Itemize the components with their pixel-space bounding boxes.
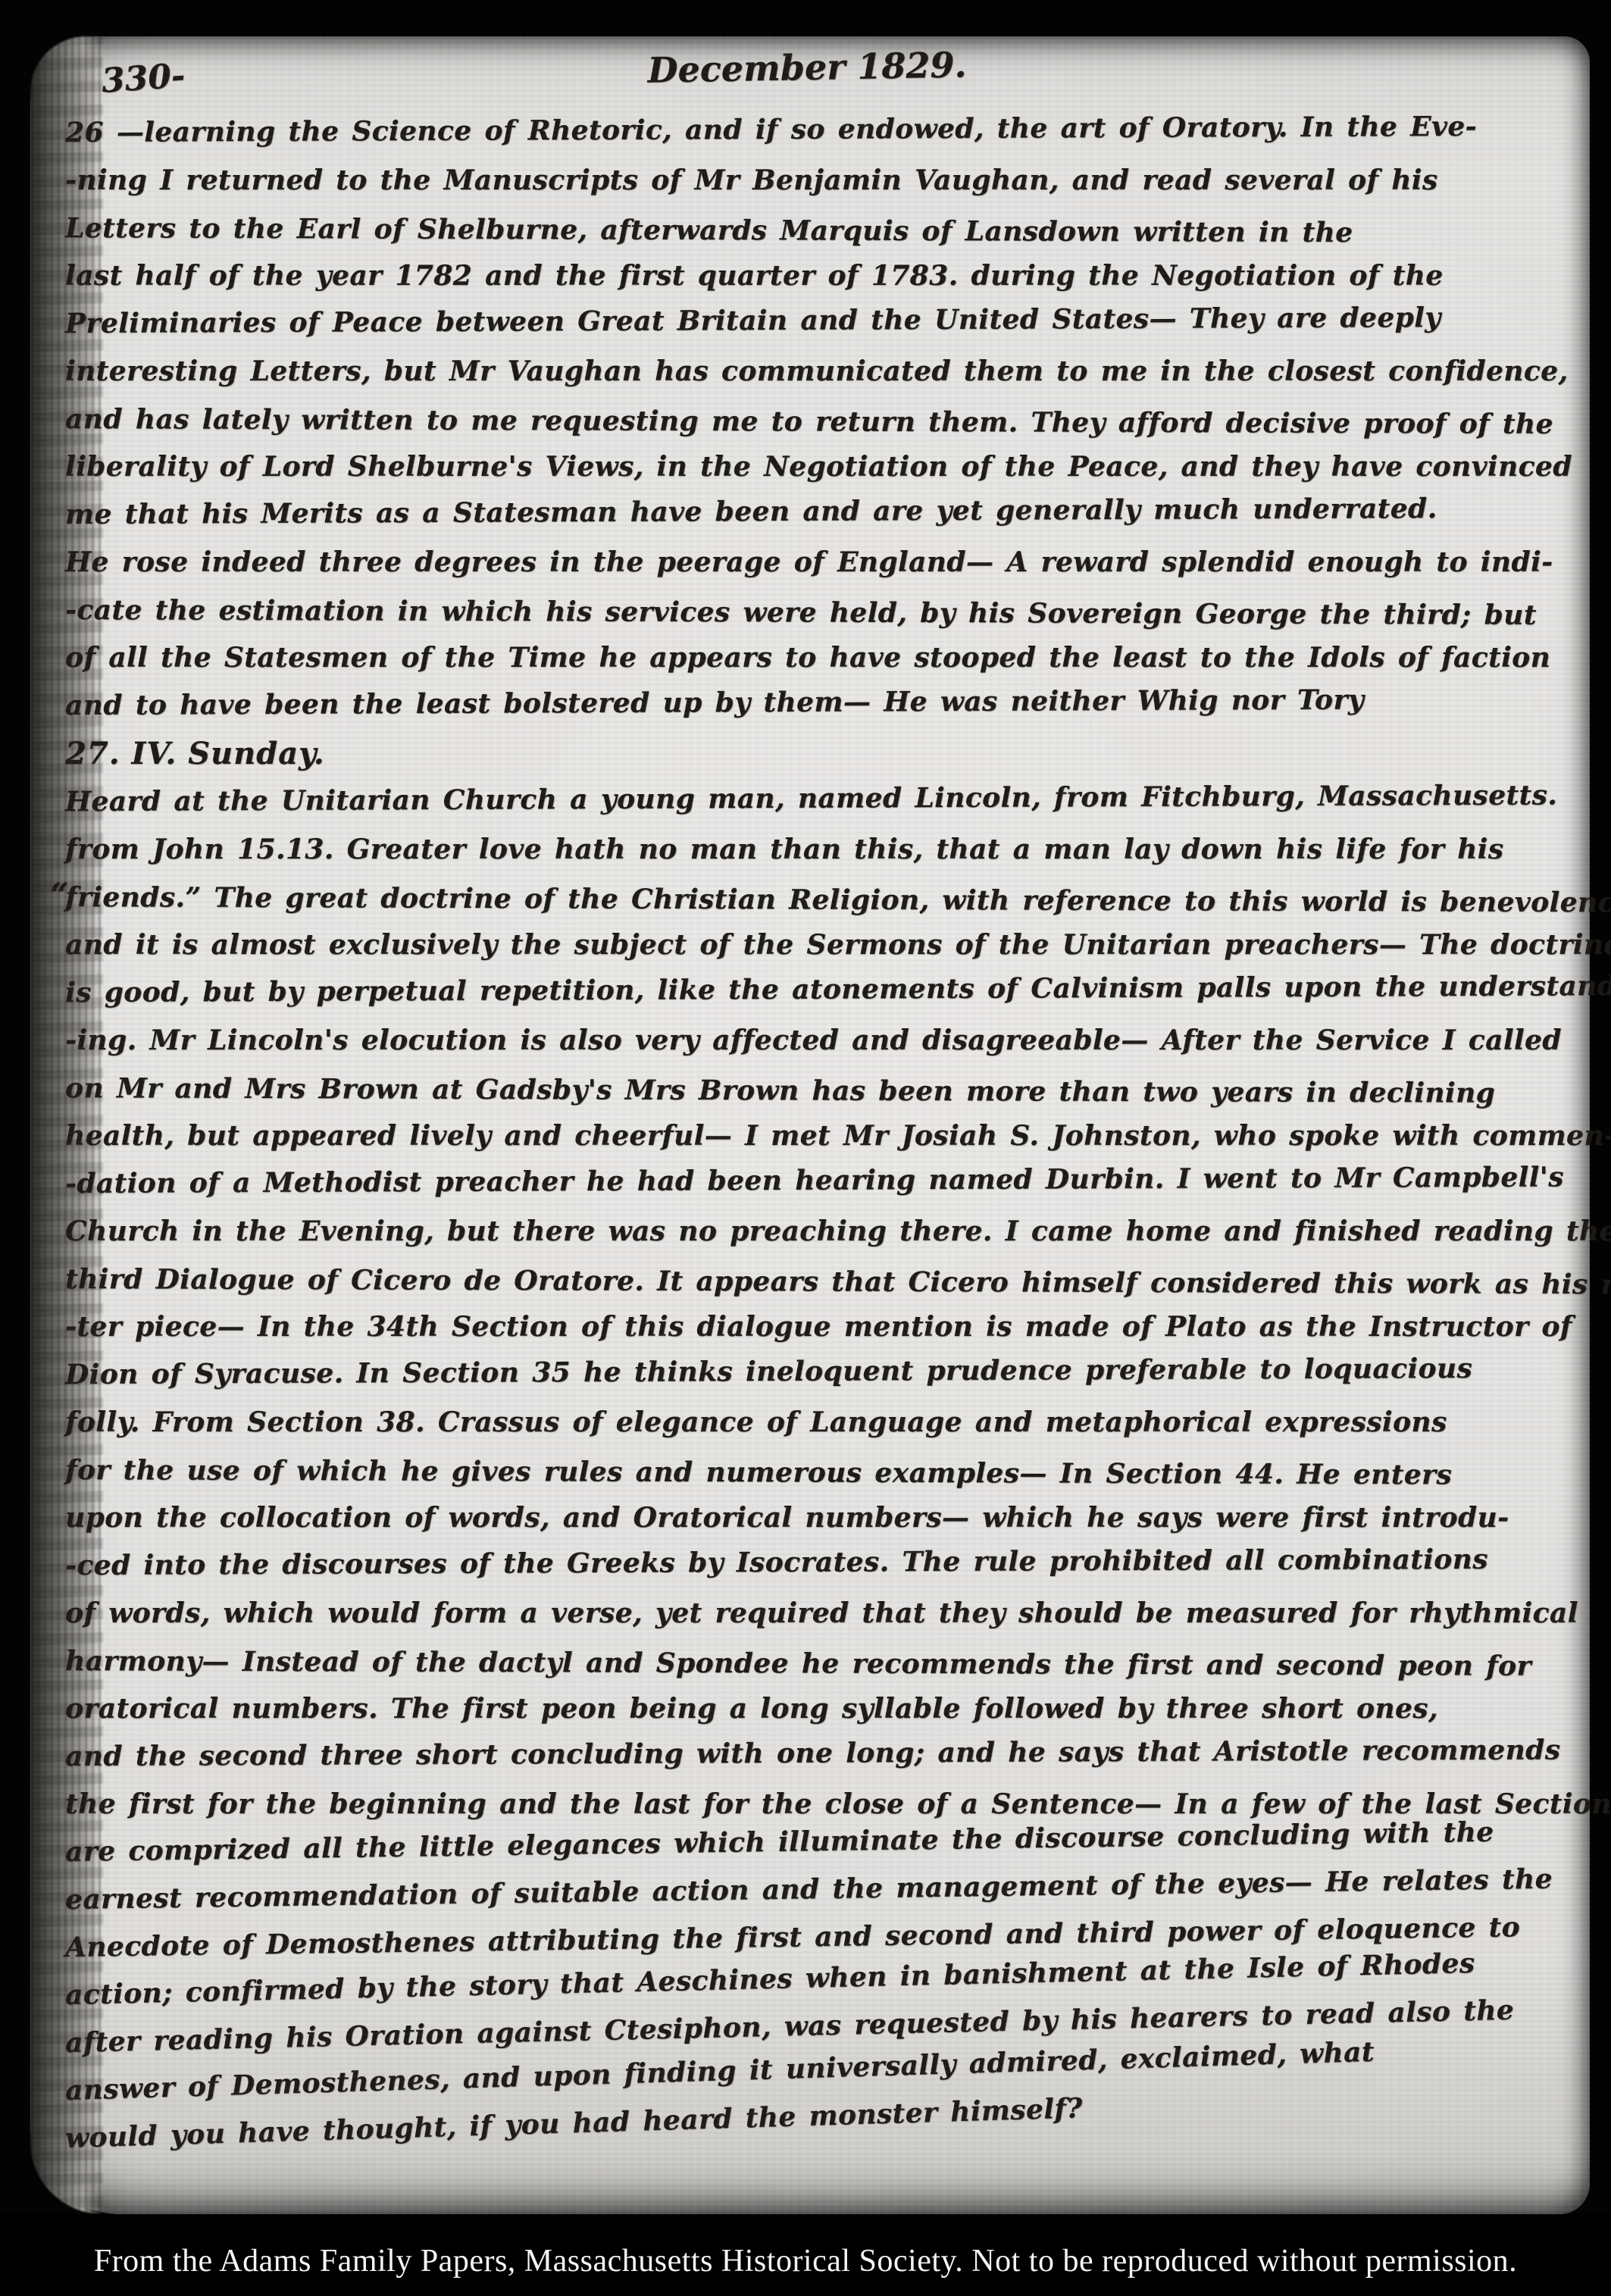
manuscript-line: -cate the estimation in which his servic… [65, 587, 1556, 640]
manuscript-line: folly. From Section 38. Crassus of elega… [65, 1399, 1556, 1447]
manuscript-line: liberality of Lord Shelburne's Views, in… [65, 443, 1556, 491]
manuscript-line: Letters to the Earl of Shelburne, afterw… [65, 205, 1556, 258]
manuscript-line: on Mr and Mrs Brown at Gadsby's Mrs Brow… [65, 1065, 1556, 1118]
manuscript-line: of words, which would form a verse, yet … [65, 1590, 1556, 1638]
manuscript-line: and has lately written to me requesting … [65, 396, 1556, 449]
manuscript-line: and it is almost exclusively the subject… [65, 921, 1556, 969]
diary-entry-26: 26 —learning the Science of Rhetoric, an… [65, 109, 1556, 730]
manuscript-line: Preliminaries of Peace between Great Bri… [65, 293, 1556, 348]
archive-credit-text: From the Adams Family Papers, Massachuse… [0, 2243, 1611, 2279]
manuscript-line: friends.” The great doctrine of the Chri… [65, 874, 1556, 927]
manuscript-body: 26 —learning the Science of Rhetoric, an… [65, 109, 1556, 2163]
manuscript-line: -ing. Mr Lincoln's elocution is also ver… [65, 1017, 1556, 1065]
manuscript-line: -dation of a Methodist preacher he had b… [65, 1153, 1556, 1208]
manuscript-line: and to have been the least bolstered up … [65, 675, 1556, 730]
diary-entry-27-heading: 27. IV. Sunday. [65, 730, 1556, 778]
footer-bar: From the Adams Family Papers, Massachuse… [0, 2214, 1611, 2296]
manuscript-line: He rose indeed three degrees in the peer… [65, 539, 1556, 587]
manuscript-line: for the use of which he gives rules and … [65, 1447, 1556, 1500]
manuscript-line: of all the Statesmen of the Time he appe… [65, 634, 1556, 682]
manuscript-page: 330- December 1829. “ 26 —learning the S… [30, 36, 1590, 2214]
manuscript-line: -ning I returned to the Manuscripts of M… [65, 157, 1556, 205]
manuscript-line: health, but appeared lively and cheerful… [65, 1112, 1556, 1160]
manuscript-line: third Dialogue of Cicero de Oratore. It … [65, 1256, 1556, 1309]
manuscript-line: and the second three short concluding wi… [65, 1726, 1556, 1781]
manuscript-line: oratorical numbers. The first peon being… [65, 1685, 1556, 1733]
manuscript-line: is good, but by perpetual repetition, li… [65, 962, 1556, 1017]
diary-entry-27: Heard at the Unitarian Church a young ma… [65, 778, 1556, 2163]
manuscript-line: interesting Letters, but Mr Vaughan has … [65, 348, 1556, 396]
manuscript-line: Dion of Syracuse. In Section 35 he think… [65, 1344, 1556, 1399]
manuscript-line: last half of the year 1782 and the first… [65, 252, 1556, 300]
page-header: 330- December 1829. [70, 47, 1544, 100]
manuscript-line: -ced into the discourses of the Greeks b… [65, 1535, 1556, 1590]
manuscript-line: -ter piece— In the 34th Section of this … [65, 1303, 1556, 1351]
manuscript-line: harmony— Instead of the dactyl and Spond… [65, 1638, 1556, 1691]
manuscript-line: Heard at the Unitarian Church a young ma… [65, 771, 1556, 826]
manuscript-line: upon the collocation of words, and Orato… [65, 1494, 1556, 1542]
date-heading: December 1829. [70, 34, 1545, 101]
manuscript-line: Church in the Evening, but there was no … [65, 1208, 1556, 1256]
manuscript-line: 26 —learning the Science of Rhetoric, an… [65, 102, 1556, 157]
manuscript-line: from John 15.13. Greater love hath no ma… [65, 826, 1556, 874]
manuscript-line: me that his Merits as a Statesman have b… [65, 484, 1556, 539]
